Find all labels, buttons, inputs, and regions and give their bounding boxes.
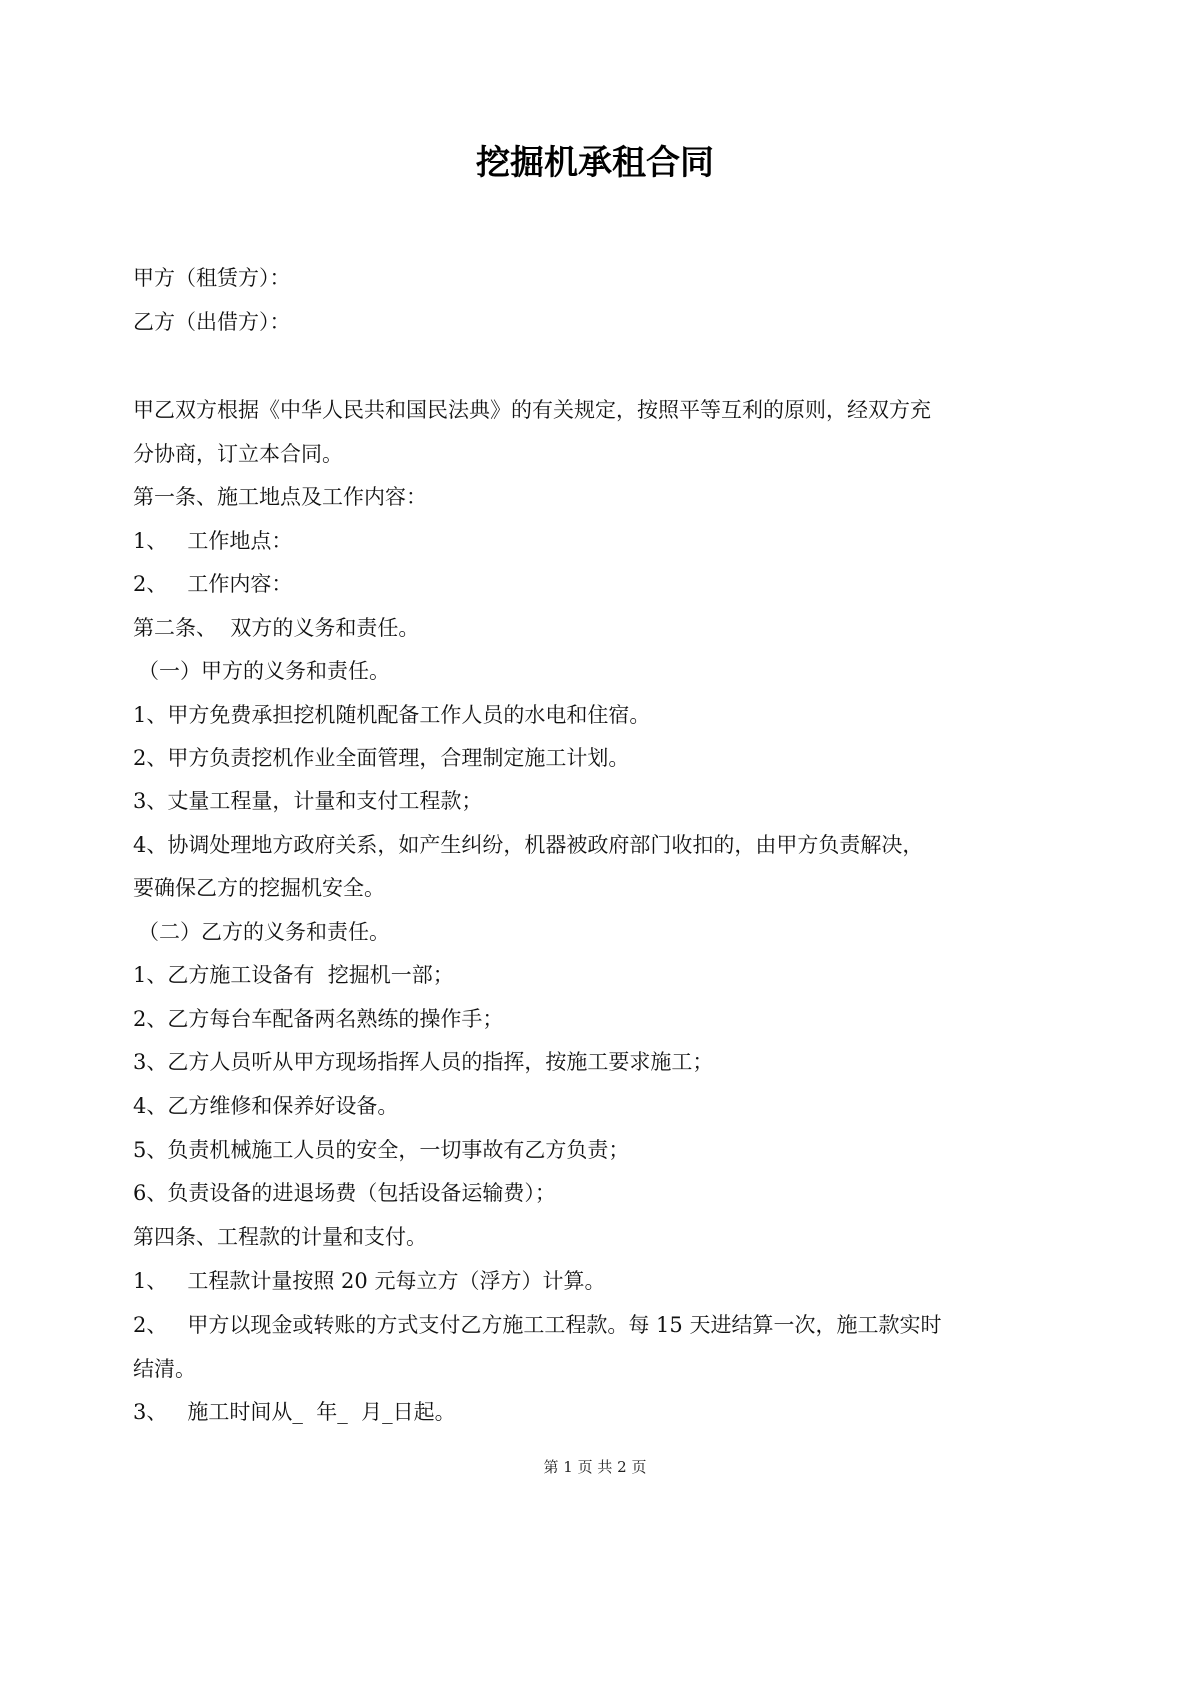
article-4-item-continued: 结清。 <box>133 1354 1063 1384</box>
document-title: 挖掘机承租合同 <box>0 140 1190 186</box>
party-b-duty-item: 6、负责设备的进退场费（包括设备运输费）； <box>133 1178 1063 1208</box>
article-4-item: 2、 甲方以现金或转账的方式支付乙方施工工程款。每 15 天进结算一次，施工款实… <box>133 1310 1063 1340</box>
party-a-label: 甲方（租赁方）： <box>133 263 1063 293</box>
preamble-line-2: 分协商，订立本合同。 <box>133 439 1063 469</box>
party-a-duty-item: 2、甲方负责挖机作业全面管理，合理制定施工计划。 <box>133 743 1063 773</box>
party-a-duty-item-continued: 要确保乙方的挖掘机安全。 <box>133 873 1063 903</box>
article-1-heading: 第一条、施工地点及工作内容： <box>133 482 1063 512</box>
article-1-item: 2、 工作内容： <box>133 569 1063 599</box>
party-b-duty-item: 5、负责机械施工人员的安全，一切事故有乙方负责； <box>133 1135 1063 1165</box>
article-4-heading: 第四条、工程款的计量和支付。 <box>133 1222 1063 1252</box>
party-b-duty-item: 3、乙方人员听从甲方现场指挥人员的指挥，按施工要求施工； <box>133 1047 1063 1077</box>
article-4-item: 3、 施工时间从_ 年_ 月_日起。 <box>133 1397 1063 1427</box>
party-a-duties-heading: （一）甲方的义务和责任。 <box>138 656 1068 686</box>
party-a-duty-item: 4、协调处理地方政府关系，如产生纠纷，机器被政府部门收扣的，由甲方负责解决， <box>133 830 1063 860</box>
document-page: 挖掘机承租合同 甲方（租赁方）： 乙方（出借方）： 甲乙双方根据《中华人民共和国… <box>0 0 1190 1683</box>
party-b-duty-item: 2、乙方每台车配备两名熟练的操作手； <box>133 1004 1063 1034</box>
party-a-duty-item: 3、丈量工程量，计量和支付工程款； <box>133 786 1063 816</box>
party-b-duty-item: 4、乙方维修和保养好设备。 <box>133 1091 1063 1121</box>
page-number-footer: 第 1 页 共 2 页 <box>0 1457 1190 1477</box>
party-b-duty-item: 1、乙方施工设备有 挖掘机一部； <box>133 960 1063 990</box>
party-b-duties-heading: （二）乙方的义务和责任。 <box>138 917 1068 947</box>
article-4-item: 1、 工程款计量按照 20 元每立方（浮方）计算。 <box>133 1266 1063 1296</box>
article-2-heading: 第二条、 双方的义务和责任。 <box>133 613 1063 643</box>
party-b-label: 乙方（出借方）： <box>133 307 1063 337</box>
article-1-item: 1、 工作地点： <box>133 526 1063 556</box>
preamble-line-1: 甲乙双方根据《中华人民共和国民法典》的有关规定，按照平等互利的原则，经双方充 <box>133 395 1063 425</box>
party-a-duty-item: 1、甲方免费承担挖机随机配备工作人员的水电和住宿。 <box>133 700 1063 730</box>
